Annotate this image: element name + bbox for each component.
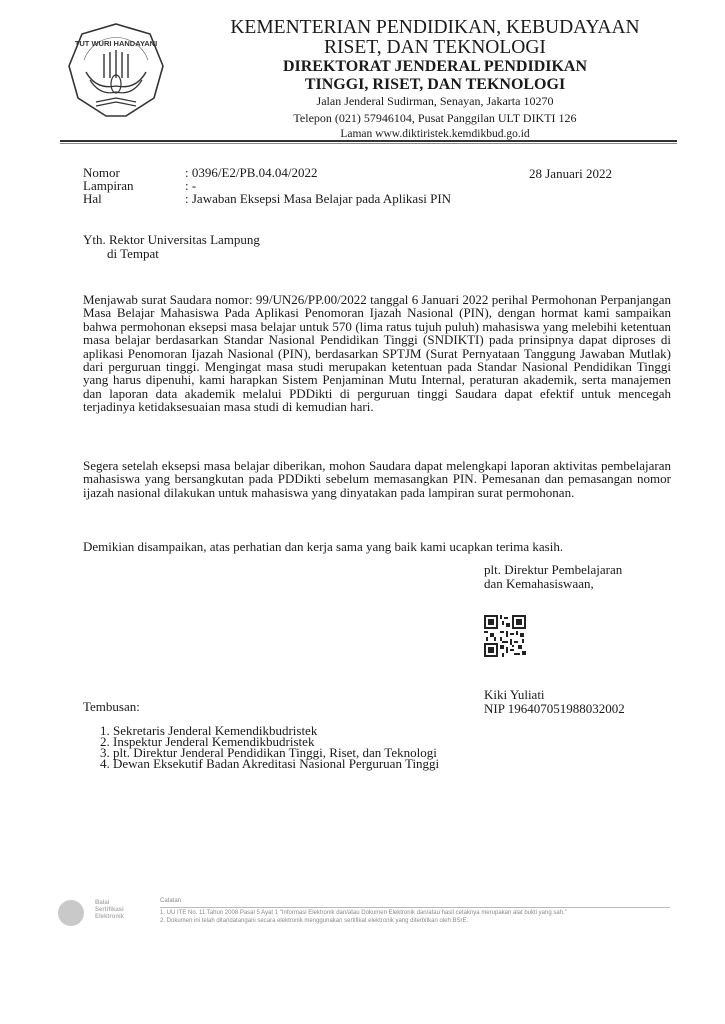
body-paragraph-closing: Demikian disampaikan, atas perhatian dan… [83, 540, 671, 553]
qr-code-icon [484, 615, 526, 657]
signatory-title-line1: plt. Direktur Pembelajaran [484, 563, 622, 577]
footnote-item-1: 1. UU ITE No. 11 Tahun 2008 Pasal 5 Ayat… [160, 909, 670, 917]
footnote-item-2: 2. Dokumen ini telah ditandatangani seca… [160, 917, 670, 925]
letterhead-directorate-line1: DIREKTORAT JENDERAL PENDIDIKAN [200, 58, 670, 76]
recipient-name: Yth. Rektor Universitas Lampung [83, 233, 260, 247]
letter-meta: Nomor : 0396/E2/PB.04.04/2022 Lampiran :… [83, 166, 451, 205]
svg-text:TUT WURI HANDAYANI: TUT WURI HANDAYANI [75, 39, 157, 48]
signatory-title: plt. Direktur Pembelajaran dan Kemahasis… [484, 563, 622, 590]
footnote-divider [160, 907, 670, 908]
signatory-nip: NIP 196407051988032002 [484, 702, 625, 716]
letterhead-ministry-line2: RISET, DAN TEKNOLOGI [200, 38, 670, 58]
body-paragraph-2: Segera setelah eksepsi masa belajar dibe… [83, 459, 671, 499]
letterhead-website: Laman www.diktiristek.kemdikbud.go.id [200, 127, 670, 141]
cc-list: 1. Sekretaris Jenderal Kemendikbudristek… [100, 725, 439, 769]
cc-item: 4. Dewan Eksekutif Badan Akreditasi Nasi… [100, 758, 439, 769]
body-paragraph-1: Menjawab surat Saudara nomor: 99/UN26/PP… [83, 293, 671, 414]
meta-hal-label: Hal [83, 192, 185, 205]
recipient-block: Yth. Rektor Universitas Lampung di Tempa… [83, 233, 260, 261]
meta-nomor: Nomor : 0396/E2/PB.04.04/2022 [83, 166, 451, 179]
meta-hal-value: : Jawaban Eksepsi Masa Belajar pada Apli… [185, 192, 451, 205]
signatory-identity: Kiki Yuliati NIP 196407051988032002 [484, 688, 625, 715]
letter-date: 28 Januari 2022 [529, 166, 612, 182]
bsre-label-line2: Sertifikasi [95, 907, 124, 914]
bsre-logo-icon [58, 900, 84, 926]
cc-label: Tembusan: [83, 699, 140, 715]
bsre-label-line3: Elektronik [95, 914, 124, 921]
footnote-title: Catatan [160, 897, 670, 905]
letterhead-address: Jalan Jenderal Sudirman, Senayan, Jakart… [200, 94, 670, 108]
bsre-label-line1: Balai [95, 900, 124, 907]
tut-wuri-handayani-emblem-icon: TUT WURI HANDAYANI [66, 20, 166, 120]
footnote-block: Catatan 1. UU ITE No. 11 Tahun 2008 Pasa… [160, 897, 670, 925]
letterhead-phone: Telepon (021) 57946104, Pusat Panggilan … [200, 111, 670, 125]
meta-nomor-value: : 0396/E2/PB.04.04/2022 [185, 166, 451, 179]
signatory-name: Kiki Yuliati [484, 688, 625, 702]
bsre-label: Balai Sertifikasi Elektronik [95, 900, 124, 921]
meta-hal: Hal : Jawaban Eksepsi Masa Belajar pada … [83, 192, 451, 205]
recipient-location: di Tempat [83, 247, 260, 261]
letterhead-ministry-line1: KEMENTERIAN PENDIDIKAN, KEBUDAYAAN [200, 18, 670, 38]
letterhead-directorate-line2: TINGGI, RISET, DAN TEKNOLOGI [200, 76, 670, 94]
signatory-title-line2: dan Kemahasiswaan, [484, 577, 622, 591]
letterhead-divider [60, 140, 677, 142]
letterhead-divider-thin [60, 143, 677, 144]
